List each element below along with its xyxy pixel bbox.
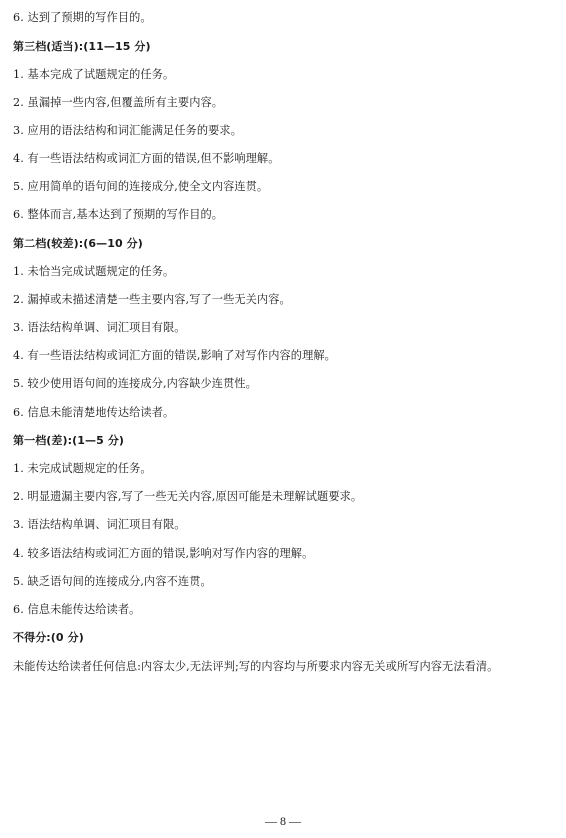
- criteria-item: 5. 缺乏语句间的连接成分,内容不连贯。: [13, 575, 212, 589]
- criteria-item: 6. 达到了预期的写作目的。: [13, 11, 152, 25]
- criteria-item: 4. 有一些语法结构或词汇方面的错误,但不影响理解。: [13, 152, 280, 166]
- criteria-item: 3. 语法结构单调、词汇项目有限。: [13, 321, 186, 335]
- criteria-item: 4. 较多语法结构或词汇方面的错误,影响对写作内容的理解。: [13, 547, 313, 561]
- criteria-item: 未能传达给读者任何信息:内容太少,无法评判;写的内容均与所要求内容无关或所写内容…: [13, 660, 498, 674]
- document-page: 6. 达到了预期的写作目的。 第三档(适当):(11—15 分) 1. 基本完成…: [0, 0, 566, 838]
- criteria-item: 6. 信息未能传达给读者。: [13, 603, 140, 617]
- criteria-item: 1. 基本完成了试题规定的任务。: [13, 68, 174, 82]
- criteria-item: 5. 较少使用语句间的连接成分,内容缺少连贯性。: [13, 377, 257, 391]
- criteria-item: 2. 明显遗漏主要内容,写了一些无关内容,原因可能是未理解试题要求。: [13, 490, 362, 504]
- section-heading-no-score: 不得分:(0 分): [13, 631, 84, 645]
- page-number: — 8 —: [0, 813, 566, 829]
- criteria-item: 1. 未恰当完成试题规定的任务。: [13, 265, 174, 279]
- section-heading-level-3: 第三档(适当):(11—15 分): [13, 40, 151, 54]
- criteria-item: 3. 应用的语法结构和词汇能满足任务的要求。: [13, 124, 242, 138]
- criteria-item: 6. 信息未能清楚地传达给读者。: [13, 406, 174, 420]
- criteria-item: 2. 漏掉或未描述清楚一些主要内容,写了一些无关内容。: [13, 293, 291, 307]
- criteria-item: 3. 语法结构单调、词汇项目有限。: [13, 518, 186, 532]
- section-heading-level-2: 第二档(较差):(6—10 分): [13, 237, 143, 251]
- section-heading-level-1: 第一档(差):(1—5 分): [13, 434, 124, 448]
- criteria-item: 5. 应用简单的语句间的连接成分,使全文内容连贯。: [13, 180, 268, 194]
- criteria-item: 2. 虽漏掉一些内容,但覆盖所有主要内容。: [13, 96, 223, 110]
- criteria-item: 1. 未完成试题规定的任务。: [13, 462, 152, 476]
- criteria-item: 4. 有一些语法结构或词汇方面的错误,影响了对写作内容的理解。: [13, 349, 336, 363]
- criteria-item: 6. 整体而言,基本达到了预期的写作目的。: [13, 208, 223, 222]
